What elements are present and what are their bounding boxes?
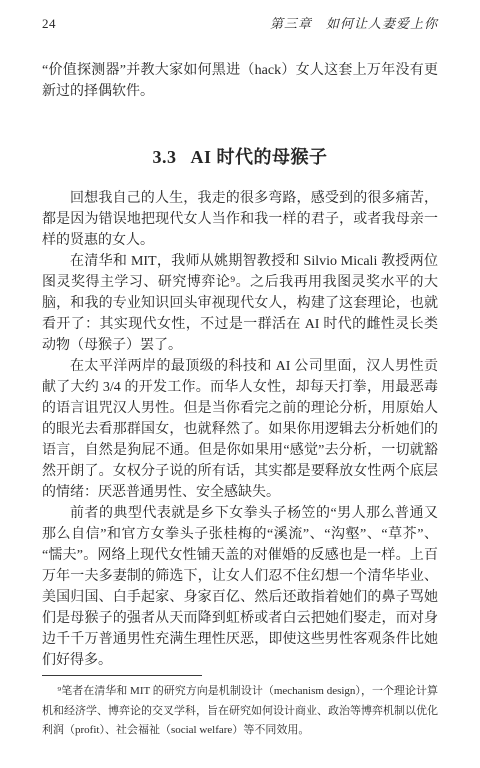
footnote-text: ⁹笔者在清华和 MIT 的研究方向是机制设计（mechanism design）…: [42, 682, 438, 741]
page-number: 24: [42, 15, 56, 33]
section-title: AI 时代的母猴子: [190, 147, 327, 167]
intro-paragraph: “价值探测器”并教大家如何黑进（hack）女人这套上万年没有更新过的择偶软件。: [42, 60, 438, 102]
body-paragraph: 回想我自己的人生，我走的很多弯路，感受到的很多痛苦，都是因为错误地把现代女人当作…: [42, 188, 438, 251]
book-page: 24 第三章 如何让人妻爱上你 “价值探测器”并教大家如何黑进（hack）女人这…: [0, 0, 480, 768]
running-chapter-title: 第三章 如何让人妻爱上你: [270, 15, 438, 33]
footnote-divider: [42, 675, 202, 676]
body-paragraph: 在太平洋两岸的最顶级的科技和 AI 公司里面，汉人男性贡献了大约 3/4 的开发…: [42, 356, 438, 503]
body-paragraph: 在清华和 MIT，我师从姚期智教授和 Silvio Micali 教授两位图灵奖…: [42, 251, 438, 356]
section-number: 3.3: [152, 147, 176, 167]
footnote-block: ⁹笔者在清华和 MIT 的研究方向是机制设计（mechanism design）…: [42, 675, 438, 741]
section-heading: 3.3AI 时代的母猴子: [42, 144, 438, 170]
body-paragraph: 前者的典型代表就是乡下女拳头子杨笠的“男人那么普通又那么自信”和官方女拳头子张桂…: [42, 503, 438, 671]
running-header: 24 第三章 如何让人妻爱上你: [42, 15, 438, 33]
body-text: 回想我自己的人生，我走的很多弯路，感受到的很多痛苦，都是因为错误地把现代女人当作…: [42, 188, 438, 671]
